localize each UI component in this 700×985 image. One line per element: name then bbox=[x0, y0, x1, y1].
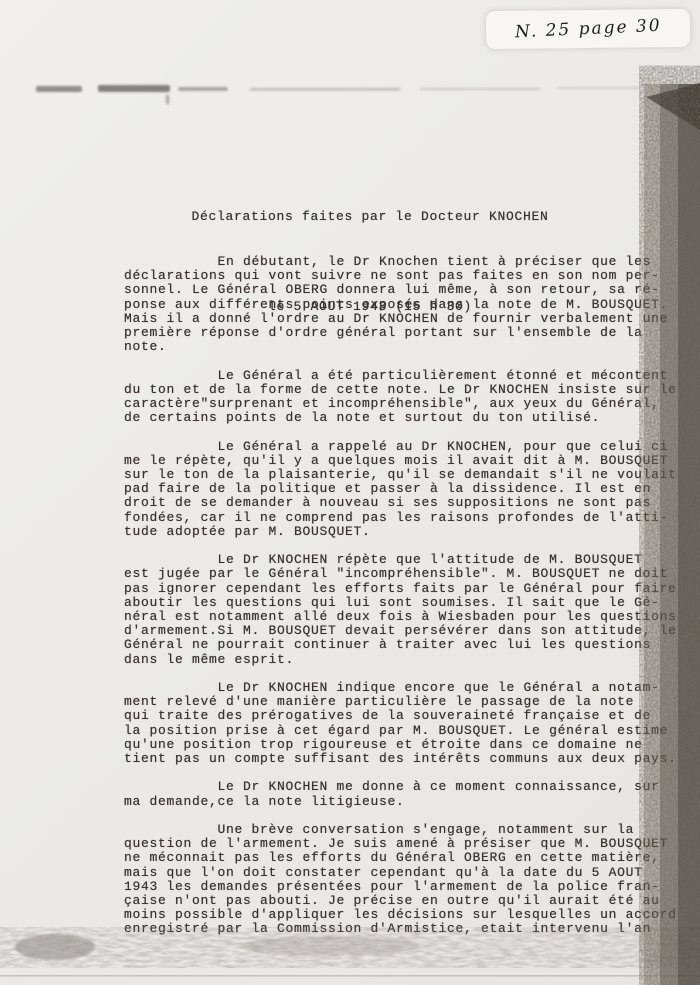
document-page: N. 25 page 30 Déclarations faites par le… bbox=[0, 0, 700, 985]
paragraph: Le Dr KNOCHEN me donne à ce moment conna… bbox=[124, 780, 692, 808]
paragraph: Le Dr KNOCHEN répète que l'attitude de M… bbox=[124, 553, 692, 667]
paragraph: Une brève conversation s'engage, notamme… bbox=[124, 823, 692, 937]
corner-fold bbox=[646, 83, 700, 130]
paragraph: Le Dr KNOCHEN indique encore que le Géné… bbox=[124, 681, 692, 766]
handwritten-note: N. 25 page 30 bbox=[486, 9, 690, 49]
paragraph: Le Général a été particulièrement étonné… bbox=[124, 369, 692, 426]
title-line-1: Déclarations faites par le Docteur KNOCH… bbox=[104, 202, 636, 232]
handwritten-note-text: N. 25 page 30 bbox=[514, 16, 661, 43]
top-crease-smudge bbox=[36, 85, 640, 104]
document-body: En débutant, le Dr Knochen tient à préci… bbox=[124, 255, 692, 951]
paragraph: Le Général a rappelé au Dr KNOCHEN, pour… bbox=[124, 440, 692, 539]
paragraph: En débutant, le Dr Knochen tient à préci… bbox=[124, 255, 692, 354]
